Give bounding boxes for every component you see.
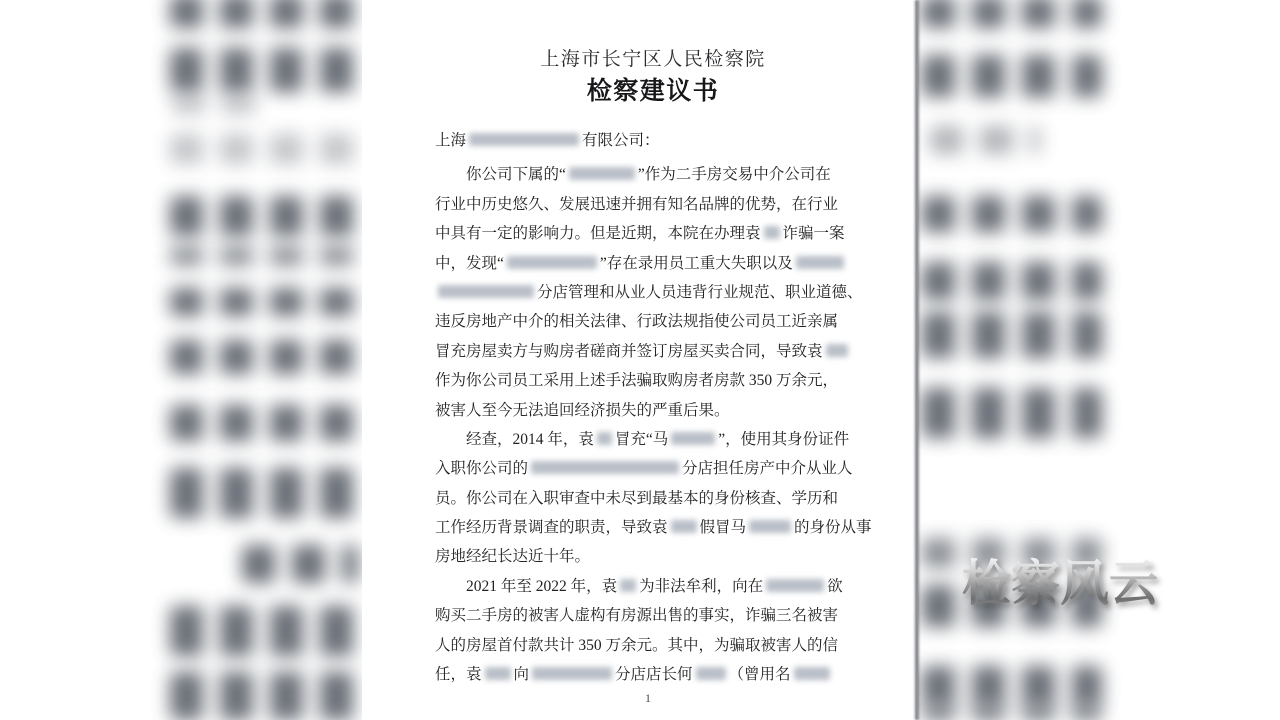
document-text: 中具有一定的影响力。但是近期，本院在办理袁 — [435, 225, 761, 242]
document-page: 上海市长宁区人民检察院 检察建议书 上海有限公司：你公司下属的“”作为二手房交易… — [362, 0, 918, 720]
document-line: 工作经历背景调查的职责，导致袁假冒马的身份从事 — [435, 513, 855, 542]
document-text: 分店店长何 — [615, 666, 693, 683]
redacted-text — [531, 461, 679, 474]
document-text: 假冒马 — [700, 519, 747, 536]
document-text: ”，使用其身份证件 — [718, 431, 849, 448]
document-line: 房地经纪长达近十年。 — [435, 542, 855, 571]
redacted-text — [696, 667, 726, 680]
court-name: 上海市长宁区人民检察院 — [388, 44, 918, 71]
document-line: 中具有一定的影响力。但是近期，本院在办理袁诈骗一案 — [435, 219, 855, 248]
document-line: 任，袁向分店店长何（曾用名 — [435, 660, 855, 689]
blurred-text-row — [172, 97, 262, 113]
redacted-text — [569, 167, 635, 180]
blurred-text-row — [930, 126, 1040, 154]
blurred-text-row — [170, 48, 358, 92]
blurred-text-row — [170, 196, 358, 236]
document-line: 2021 年至 2022 年，袁为非法牟利，向在欲 — [435, 572, 855, 601]
blurred-text-row — [242, 545, 358, 583]
document-line: 冒充房屋卖方与购房者磋商并签订房屋买卖合同，导致袁 — [435, 337, 855, 366]
document-text: 向 — [514, 666, 530, 683]
document-text: 任，袁 — [435, 666, 482, 683]
blurred-text-row — [922, 312, 1102, 358]
document-text: 冒充“马 — [615, 431, 668, 448]
document-text: 工作经历背景调查的职责，导致袁 — [435, 519, 668, 536]
document-line: 违反房地产中介的相关法律、行政法规指使公司员工近亲属 — [435, 307, 855, 336]
blurred-text-row — [170, 468, 358, 518]
redacted-text — [469, 133, 579, 146]
page-number: 1 — [362, 691, 918, 706]
blurred-text-row — [922, 55, 1102, 97]
blurred-text-row — [170, 606, 358, 656]
document-text: 诈骗一案 — [783, 225, 845, 242]
document-line: 你公司下属的“”作为二手房交易中介公司在 — [435, 160, 855, 189]
redacted-text — [671, 432, 715, 445]
document-line: 分店管理和从业人员违背行业规范、职业道德、 — [435, 278, 855, 307]
document-text: 员。你公司在入职审查中未尽到最基本的身份核查、学历和 — [435, 490, 838, 507]
document-text: 行业中历史悠久、发展迅速并拥有知名品牌的优势，在行业 — [435, 196, 838, 213]
document-text: 分店担任房产中介从业人 — [682, 460, 853, 477]
document-line: 经查，2014 年，袁冒充“马”，使用其身份证件 — [435, 425, 855, 454]
document-text: 分店管理和从业人员违背行业规范、职业道德、 — [537, 284, 863, 301]
document-line: 中，发现“”存在录用员工重大失职以及 — [435, 249, 855, 278]
document-text: 人的房屋首付款共计 350 万余元。其中，为骗取被害人的信 — [435, 637, 838, 654]
document-text: 违反房地产中介的相关法律、行政法规指使公司员工近亲属 — [435, 313, 838, 330]
document-text: 2021 年至 2022 年，袁 — [466, 578, 617, 595]
redacted-text — [796, 256, 844, 269]
salutation-line: 上海有限公司： — [435, 126, 855, 155]
redacted-text — [597, 432, 612, 445]
document-line: 人的房屋首付款共计 350 万余元。其中，为骗取被害人的信 — [435, 631, 855, 660]
blurred-text-row — [170, 405, 358, 441]
document-line: 被害人至今无法追回经济损失的严重后果。 — [435, 396, 855, 425]
blurred-text-row — [922, 666, 1102, 706]
document-text: （曾用名 — [729, 666, 791, 683]
document-text: 入职你公司的 — [435, 460, 528, 477]
document-line: 行业中历史悠久、发展迅速并拥有知名品牌的优势，在行业 — [435, 190, 855, 219]
redacted-text — [438, 285, 534, 298]
page-edge-shadow — [914, 0, 920, 720]
document-title: 检察建议书 — [388, 71, 918, 107]
document-text: 的身份从事 — [794, 519, 872, 536]
document-text: ”存在录用员工重大失职以及 — [600, 255, 793, 272]
redacted-text — [826, 344, 848, 357]
redacted-text — [764, 226, 780, 239]
blurred-text-row — [922, 388, 1102, 438]
document-text: 中，发现“ — [435, 255, 504, 272]
video-frame: 上海市长宁区人民检察院 检察建议书 上海有限公司：你公司下属的“”作为二手房交易… — [0, 0, 1280, 720]
document-text: 有限公司： — [582, 132, 660, 149]
document-text: 作为你公司员工采用上述手法骗取购房者房款 350 万余元， — [435, 372, 838, 389]
document-text: 被害人至今无法追回经济损失的严重后果。 — [435, 402, 730, 419]
redacted-text — [620, 579, 636, 592]
blurred-text-row — [170, 246, 358, 266]
blurred-text-row — [170, 288, 358, 316]
document-text: 你公司下属的“ — [466, 166, 566, 183]
document-text: 欲 — [827, 578, 843, 595]
document-line: 入职你公司的分店担任房产中介从业人 — [435, 454, 855, 483]
blurred-text-row — [922, 0, 1102, 28]
blurred-text-row — [170, 0, 358, 28]
document-text: 经查，2014 年，袁 — [466, 431, 594, 448]
redacted-text — [532, 667, 612, 680]
document-line: 作为你公司员工采用上述手法骗取购房者房款 350 万余元， — [435, 366, 855, 395]
document-text: ”作为二手房交易中介公司在 — [638, 166, 831, 183]
redacted-text — [794, 667, 830, 680]
redacted-text — [485, 667, 511, 680]
blurred-text-row — [922, 262, 1102, 300]
blurred-text-row — [922, 196, 1102, 232]
document-text: 为非法牟利，向在 — [639, 578, 763, 595]
redacted-text — [671, 520, 697, 533]
document-text: 上海 — [435, 132, 466, 149]
document-text: 购买二手房的被害人虚构有房源出售的事实，诈骗三名被害 — [435, 607, 838, 624]
blurred-text-row — [170, 340, 358, 374]
redacted-text — [766, 579, 824, 592]
blurred-text-row — [170, 134, 358, 164]
document-text: 冒充房屋卖方与购房者磋商并签订房屋买卖合同，导致袁 — [435, 343, 823, 360]
document-text: 房地经纪长达近十年。 — [435, 548, 590, 565]
blurred-text-row — [170, 672, 358, 720]
document-body: 上海有限公司：你公司下属的“”作为二手房交易中介公司在行业中历史悠久、发展迅速并… — [435, 126, 855, 689]
redacted-text — [507, 256, 597, 269]
program-watermark: 检察风云 — [962, 555, 1158, 614]
blurred-text-row — [922, 706, 1102, 720]
document-line: 员。你公司在入职审查中未尽到最基本的身份核查、学历和 — [435, 484, 855, 513]
redacted-text — [749, 520, 791, 533]
document-line: 购买二手房的被害人虚构有房源出售的事实，诈骗三名被害 — [435, 601, 855, 630]
